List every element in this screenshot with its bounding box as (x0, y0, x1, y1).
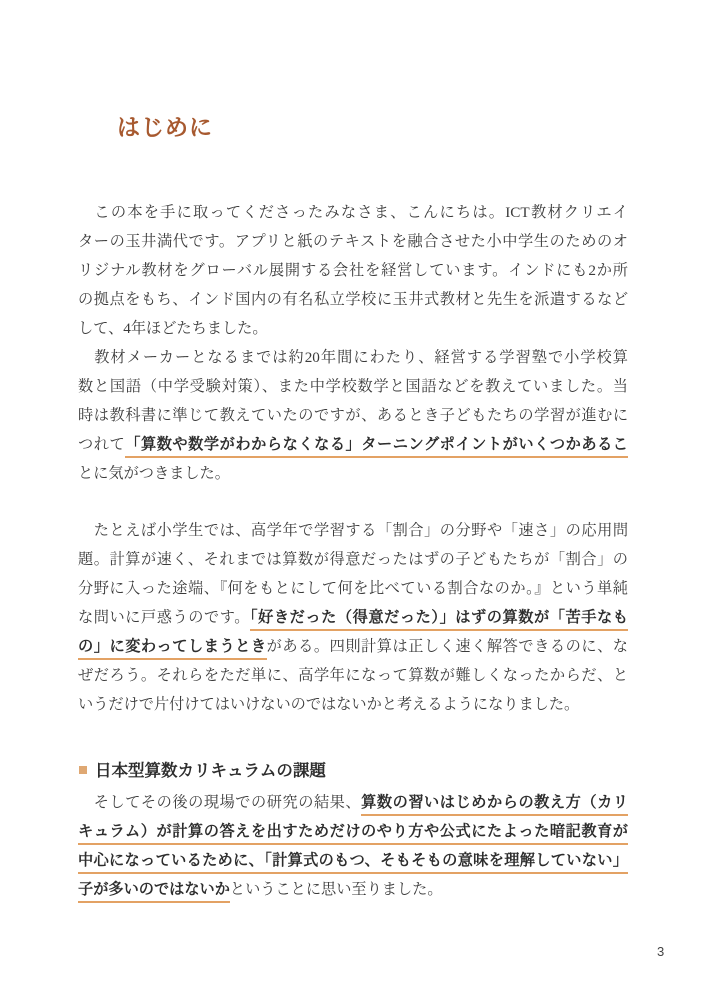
text-line: ぜだろう。それらをただ単に、高学年になって算数が難しくなったからだ、と (78, 661, 628, 690)
text-line: そしてその後の現場での研究の結果、算数の習いはじめからの教え方（カリ (78, 788, 628, 817)
text-line: 分野に入った途端、『何をもとにして何を比べている割合なのか。』という単純 (78, 574, 628, 603)
text-line: 時は教科書に準じて教えていたのですが、あるとき子どもたちの学習が進むに (78, 401, 628, 430)
body-text: この本を手に取ってくださったみなさま、こんにちは。ICT教材クリエイ (78, 204, 628, 221)
body-text: たとえば小学生では、高学年で学習する「割合」の分野や「速さ」の応用問 (78, 522, 628, 539)
square-bullet-icon (79, 766, 87, 774)
emphasized-text: の」に変わってしまうとき (78, 638, 267, 660)
book-page: はじめに この本を手に取ってくださったみなさま、こんにちは。ICT教材クリエイタ… (0, 0, 704, 1000)
paragraph: そしてその後の現場での研究の結果、算数の習いはじめからの教え方（カリキュラム）が… (78, 788, 628, 904)
body-text: の拠点をもち、インド国内の有名私立学校に玉井式教材と先生を派遣するなど (78, 291, 628, 308)
text-line: リジナル教材をグローバル展開する会社を経営しています。インドにも2か所 (78, 256, 628, 285)
body-text: 分野に入った途端、『何をもとにして何を比べている割合なのか。』という単純 (78, 580, 628, 597)
body-text: いうだけで片付けてはいけないのではないかと考えるようになりました。 (78, 696, 579, 713)
page-number: 3 (657, 944, 664, 959)
body-text: 時は教科書に準じて教えていたのですが、あるとき子どもたちの学習が進むに (78, 407, 628, 424)
section-heading: 日本型算数カリキュラムの課題 (79, 759, 326, 783)
emphasized-text: 算数の習いはじめからの教え方（カリ (361, 794, 628, 816)
text-line: 題。計算が速く、それまでは算数が得意だったはずの子どもたちが「割合」の (78, 545, 628, 574)
body-text: 教材メーカーとなるまでは約20年間にわたり、経営する学習塾で小学校算 (78, 349, 628, 366)
body-text: リジナル教材をグローバル展開する会社を経営しています。インドにも2か所 (78, 262, 628, 279)
body-text: 数と国語（中学受験対策）、また中学校数学と国語などを教えていました。当 (78, 378, 628, 395)
section-heading-label: 日本型算数カリキュラムの課題 (95, 762, 326, 780)
text-line: たとえば小学生では、高学年で学習する「割合」の分野や「速さ」の応用問 (78, 516, 628, 545)
body-text: がある。四則計算は正しく速く解答できるのに、な (267, 638, 628, 655)
text-line: な問いに戸惑うのです。「好きだった（得意だった）」はずの算数が「苦手なも (78, 603, 628, 632)
text-line: 中心になっているために、「計算式のもつ、そもそもの意味を理解していない」 (78, 846, 628, 875)
body-text: な問いに戸惑うのです。 (78, 609, 250, 626)
body-text: そしてその後の現場での研究の結果、 (78, 794, 361, 811)
emphasized-text: 中心になっているために、「計算式のもつ、そもそもの意味を理解していない」 (78, 852, 628, 874)
emphasized-text: 「算数や数学がわからなくなる」ターニングポイントがいくつかあるこ (125, 436, 628, 458)
text-line: とに気がつきました。 (78, 459, 628, 488)
text-line: つれて「算数や数学がわからなくなる」ターニングポイントがいくつかあるこ (78, 430, 628, 459)
text-line: 数と国語（中学受験対策）、また中学校数学と国語などを教えていました。当 (78, 372, 628, 401)
body-text: して、4年ほどたちました。 (78, 320, 268, 337)
text-line: いうだけで片付けてはいけないのではないかと考えるようになりました。 (78, 690, 628, 719)
text-line: 教材メーカーとなるまでは約20年間にわたり、経営する学習塾で小学校算 (78, 343, 628, 372)
body-text: とに気がつきました。 (78, 465, 230, 482)
emphasized-text: キュラム）が計算の答えを出すためだけのやり方や公式にたよった暗記教育が (78, 823, 628, 845)
text-line: の」に変わってしまうときがある。四則計算は正しく速く解答できるのに、な (78, 632, 628, 661)
emphasized-text: 子が多いのではないか (78, 881, 230, 903)
text-line: の拠点をもち、インド国内の有名私立学校に玉井式教材と先生を派遣するなど (78, 285, 628, 314)
text-line: して、4年ほどたちました。 (78, 314, 628, 343)
emphasized-text: 「好きだった（得意だった）」はずの算数が「苦手なも (250, 609, 628, 631)
body-text: 題。計算が速く、それまでは算数が得意だったはずの子どもたちが「割合」の (78, 551, 628, 568)
paragraph: この本を手に取ってくださったみなさま、こんにちは。ICT教材クリエイターの玉井満… (78, 198, 628, 343)
body-text-block: この本を手に取ってくださったみなさま、こんにちは。ICT教材クリエイターの玉井満… (78, 198, 628, 488)
paragraph: たとえば小学生では、高学年で学習する「割合」の分野や「速さ」の応用問題。計算が速… (78, 516, 628, 719)
text-line: キュラム）が計算の答えを出すためだけのやり方や公式にたよった暗記教育が (78, 817, 628, 846)
body-text: ターの玉井満代です。アプリと紙のテキストを融合させた小中学生のためのオ (78, 233, 628, 250)
body-text: つれて (78, 436, 125, 453)
text-line: 子が多いのではないかということに思い至りました。 (78, 875, 628, 904)
body-text: ぜだろう。それらをただ単に、高学年になって算数が難しくなったからだ、と (78, 667, 628, 684)
text-line: この本を手に取ってくださったみなさま、こんにちは。ICT教材クリエイ (78, 198, 628, 227)
text-line: ターの玉井満代です。アプリと紙のテキストを融合させた小中学生のためのオ (78, 227, 628, 256)
body-text: ということに思い至りました。 (230, 881, 443, 898)
paragraph: 教材メーカーとなるまでは約20年間にわたり、経営する学習塾で小学校算数と国語（中… (78, 343, 628, 488)
chapter-heading: はじめに (117, 113, 213, 141)
